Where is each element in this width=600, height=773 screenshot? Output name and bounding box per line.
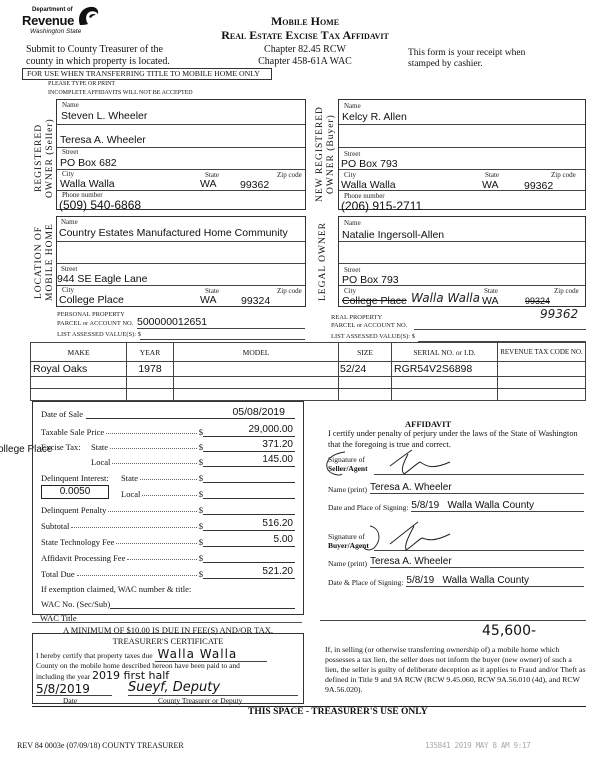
taxable-price-label: Taxable Sale Price (41, 427, 104, 437)
location-block: Name Country Estates Manufactured Home C… (56, 216, 306, 307)
seller-state-field[interactable]: WA (200, 178, 217, 190)
subtotal-field[interactable]: 516.20 (203, 517, 295, 531)
treasurer-line1: I hereby certify that property taxes due… (36, 647, 267, 661)
treasurer-signer-label: County Treasurer or Deputy (158, 696, 242, 705)
buyer-signature-line[interactable] (374, 550, 584, 551)
delinquent-penalty-field[interactable] (203, 501, 295, 515)
seller-date-label: Date and Place of Signing: (328, 503, 408, 512)
treasurer-date-handwritten: 5/8/2019 (36, 682, 90, 696)
taxable-price-field[interactable]: 29,000.00 (203, 423, 295, 437)
size-cell[interactable]: 52/24 (339, 362, 392, 377)
serial-cell[interactable] (392, 389, 498, 401)
buyer-zip-field[interactable]: 99362 (524, 180, 553, 192)
seller-city-field[interactable]: Walla Walla (60, 178, 115, 190)
legal-city-struck-field[interactable]: College Place (342, 295, 407, 307)
buyer-date-row: Date & Place of Signing: 5/8/19 Walla Wa… (328, 575, 584, 587)
buyer-name-row: Name (print) Teresa A. Wheeler (328, 556, 584, 568)
buyer-phone-field[interactable]: (206) 915-2711 (341, 199, 422, 213)
treasurer-signature-handwritten: Sueyf, Deputy (128, 680, 220, 695)
legal-owner-section-label: LEGAL OWNER (318, 218, 332, 306)
location-city-field[interactable]: College Place (59, 294, 124, 306)
buyer-date-field[interactable]: 5/8/19 Walla Walla County (406, 575, 584, 587)
seller-section-label: REGISTERED OWNER (Seller) (34, 108, 58, 208)
processing-fee-label: Affidavit Processing Fee (41, 553, 125, 563)
col-make: MAKE (31, 343, 127, 362)
personal-assessed-field[interactable] (140, 331, 305, 340)
buyer-city-label: City (344, 171, 356, 179)
seller-block: Name Steven L. Wheeler Teresa A. Wheeler… (56, 99, 306, 210)
real-assessed-field[interactable] (418, 333, 586, 342)
buyer-signature-scribble (340, 518, 470, 554)
logo-line3: Washington State (30, 28, 81, 35)
legal-name-label: Name (344, 219, 361, 227)
model-cell[interactable] (174, 362, 339, 377)
form-id: REV 84 0003e (07/09/18) COUNTY TREASURER (17, 741, 184, 750)
model-cell[interactable] (174, 389, 339, 401)
excise-state-label: State (91, 442, 108, 452)
legal-state-field[interactable]: WA (482, 295, 499, 307)
delinquent-interest-label: Delinquent Interest: (41, 473, 121, 483)
submit-note-line1: Submit to County Treasurer of the (26, 44, 163, 55)
seller-date-field[interactable]: 5/8/19 Walla Walla County (411, 500, 584, 512)
buyer-state-field[interactable]: WA (482, 179, 499, 191)
form-title-line2: Real Estate Excise Tax Affidavit (190, 28, 420, 43)
year-cell[interactable] (127, 377, 174, 389)
buyer-name-label: Name (344, 102, 361, 110)
size-cell[interactable] (339, 389, 392, 401)
personal-parcel-field[interactable]: 500000012651 (137, 317, 305, 329)
tech-fee-label: State Technology Fee (41, 537, 114, 547)
seller-zip-label: Zip code (277, 171, 302, 179)
table-row: Royal Oaks 1978 52/24 RGR54V2S6898 (31, 362, 586, 377)
seller-signature-line[interactable] (374, 474, 584, 475)
seller-city-label: City (62, 170, 74, 178)
legal-name1-field[interactable]: Natalie Ingersoll-Allen (342, 229, 444, 241)
type-or-print-notice: PLEASE TYPE OR PRINT (48, 81, 115, 87)
buyer-name-print-label: Name (print) (328, 559, 367, 568)
buyer-name1-field[interactable]: Kelcy R. Allen (342, 111, 407, 123)
incomplete-notice: INCOMPLETE AFFIDAVITS WILL NOT BE ACCEPT… (48, 90, 193, 96)
location-zip-label: Zip code (277, 287, 302, 295)
form-title-line1: Mobile Home (240, 14, 370, 29)
legal-city-handwritten: Walla Walla (411, 291, 480, 305)
treasurer-cert-title: TREASURER'S CERTIFICATE (33, 636, 303, 646)
delinquent-state-label: State (121, 473, 138, 483)
personal-parcel-label-line2: PARCEL or ACCOUNT NO. (57, 320, 133, 327)
legal-street-field[interactable]: PO Box 793 (342, 274, 399, 286)
submit-note-line2: county in which property is located. (26, 56, 170, 67)
excise-local-field[interactable]: 145.00 (203, 453, 295, 467)
make-cell[interactable]: Royal Oaks (31, 362, 127, 377)
cashier-stamp: 135841 2019 MAY 8 AM 9:17 (425, 741, 530, 750)
handwritten-amount: 45,600- (482, 623, 536, 639)
tax-calculation-box: Date of Sale 05/08/2019 Taxable Sale Pri… (32, 401, 304, 615)
year-cell[interactable] (127, 389, 174, 401)
seller-street-label: Street (62, 148, 78, 156)
chapter-rcw: Chapter 82.45 RCW (250, 44, 360, 55)
seller-name1-field[interactable]: Steven L. Wheeler (61, 110, 147, 122)
delinquent-state-field[interactable] (203, 469, 295, 483)
divider-right (320, 620, 586, 621)
seller-street-field[interactable]: PO Box 682 (60, 157, 117, 169)
location-street-label: Street (61, 265, 77, 273)
excise-state-field[interactable]: 371.20 (203, 438, 295, 452)
buyer-name-print-field[interactable]: Teresa A. Wheeler (370, 556, 584, 568)
exemption-label: If exemption claimed, WAC number & title… (41, 584, 191, 594)
personal-parcel-label-line1: PERSONAL PROPERTY (57, 311, 125, 318)
location-name-label: Name (61, 218, 78, 226)
buyer-state-label: State (485, 171, 499, 179)
seller-name-row: Name (print) Teresa A. Wheeler (328, 482, 584, 494)
revenue-code-cell[interactable] (498, 362, 586, 377)
personal-assessed-label: LIST ASSESSED VALUE(S): $ (57, 331, 141, 338)
col-serial: SERIAL NO. or I.D. (392, 343, 498, 362)
model-cell[interactable] (174, 377, 339, 389)
serial-cell[interactable] (392, 377, 498, 389)
affidavit-statement: I certify under penalty of perjury under… (328, 428, 578, 450)
delinquent-local-label: Local (121, 489, 140, 499)
legal-zip-label: Zip code (554, 287, 579, 295)
seller-name-label: Name (62, 101, 79, 109)
treasurer-date-label: Date (63, 696, 77, 705)
chapter-wac: Chapter 458-61A WAC (250, 56, 360, 67)
logo-line2: Revenue (22, 13, 74, 28)
location-section-label: LOCATION OF MOBILE HOME (34, 216, 58, 308)
seller-zip-field[interactable]: 99362 (240, 179, 269, 191)
seller-phone-field[interactable]: (509) 540-6868 (59, 198, 141, 212)
seller-name-print-field[interactable]: Teresa A. Wheeler (370, 482, 584, 494)
date-of-sale-label: Date of Sale (41, 409, 83, 419)
col-revenue-code: REVENUE TAX CODE NO. (498, 343, 586, 362)
wac-no-label: WAC No. (Sec/Sub) (41, 599, 110, 609)
excise-tax-label: Excise Tax: (41, 442, 91, 452)
make-cell[interactable] (31, 389, 127, 401)
real-parcel-label-line2: PARCEL or ACCOUNT NO. (331, 322, 407, 329)
subtotal-label: Subtotal (41, 521, 69, 531)
delinquent-penalty-label: Delinquent Penalty (41, 505, 106, 515)
transfer-notice: FOR USE WHEN TRANSFERRING TITLE TO MOBIL… (22, 68, 272, 80)
seller-name2-field[interactable]: Teresa A. Wheeler (60, 134, 146, 146)
buyer-street-label: Street (344, 150, 360, 158)
buyer-block: Name Kelcy R. Allen Street PO Box 793 Ci… (338, 99, 586, 210)
table-row (31, 389, 586, 401)
tech-fee-field[interactable]: 5.00 (203, 533, 295, 547)
serial-cell[interactable]: RGR54V2S6898 (392, 362, 498, 377)
location-city-label: City (62, 286, 74, 294)
buyer-section-label: NEW REGISTERED OWNER (Buyer) (315, 104, 339, 204)
receipt-note-line1: This form is your receipt when (408, 48, 525, 58)
dor-logo: Department of Revenue Washington State (22, 5, 102, 37)
year-cell[interactable]: 1978 (127, 362, 174, 377)
total-due-field[interactable]: 521.20 (203, 565, 295, 579)
revenue-code-cell[interactable] (498, 377, 586, 389)
col-model: MODEL (174, 343, 339, 362)
location-state-field[interactable]: WA (200, 294, 217, 306)
buyer-street-field[interactable]: PO Box 793 (341, 158, 398, 170)
make-cell[interactable] (31, 377, 127, 389)
location-name1-field[interactable]: Country Estates Manufactured Home Commun… (59, 227, 288, 239)
legal-street-label: Street (344, 266, 360, 274)
col-year: YEAR (127, 343, 174, 362)
seller-date-row: Date and Place of Signing: 5/8/19 Walla … (328, 500, 584, 512)
real-assessed-label: LIST ASSESSED VALUE(S): $ (331, 333, 415, 340)
location-zip-field[interactable]: 99324 (241, 295, 270, 307)
excise-local-label: Local (91, 457, 110, 467)
real-parcel-field[interactable] (414, 320, 586, 330)
total-due-label: Total Due (41, 569, 75, 579)
treasurer-use-only: THIS SPACE - TREASURER'S USE ONLY (248, 707, 428, 717)
legal-city-label: City (344, 287, 356, 295)
buyer-city-field[interactable]: Walla Walla (341, 179, 396, 191)
delinquent-local-field[interactable] (203, 485, 295, 499)
wac-no-field[interactable] (110, 597, 295, 609)
mobile-home-table: MAKE YEAR MODEL SIZE SERIAL NO. or I.D. … (30, 342, 586, 401)
location-street-field[interactable]: 944 SE Eagle Lane (57, 273, 148, 285)
receipt-note-line2: stamped by cashier. (408, 59, 483, 69)
fraud-notice-text: If, in selling (or otherwise transferrin… (325, 645, 587, 695)
legal-zip-handwritten: 99362 (540, 307, 578, 321)
col-size: SIZE (339, 343, 392, 362)
table-row (31, 377, 586, 389)
revenue-wave-logo-icon (76, 5, 100, 27)
treasurer-county-handwritten: Walla Walla (155, 647, 268, 662)
size-cell[interactable] (339, 377, 392, 389)
legal-zip-struck-field[interactable]: 99324 (525, 296, 550, 306)
legal-state-label: State (484, 287, 498, 295)
buyer-zip-label: Zip code (551, 171, 576, 179)
real-parcel-label-line1: REAL PROPERTY (331, 314, 382, 321)
date-of-sale-field[interactable]: 05/08/2019 (86, 406, 295, 419)
wac-title-row: WAC Title (40, 609, 296, 623)
processing-fee-field[interactable] (203, 549, 295, 563)
table-header-row: MAKE YEAR MODEL SIZE SERIAL NO. or I.D. … (31, 343, 586, 362)
buyer-date-label: Date & Place of Signing: (328, 578, 403, 587)
seller-name-print-label: Name (print) (328, 485, 367, 494)
treasurer-certificate-box: TREASURER'S CERTIFICATE I hereby certify… (32, 633, 304, 704)
revenue-code-cell[interactable] (498, 389, 586, 401)
divider-left (32, 622, 302, 623)
local-rate-box[interactable]: 0.0050 (41, 485, 109, 499)
legal-owner-block: Name Natalie Ingersoll-Allen Street PO B… (338, 216, 586, 307)
